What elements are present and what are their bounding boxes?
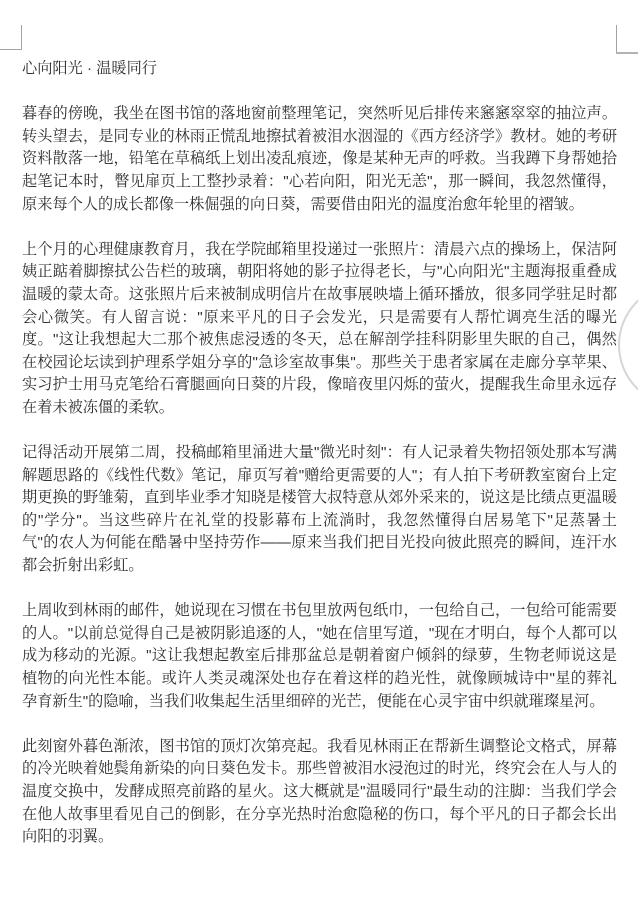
crop-mark-top-right-vertical [616, 25, 617, 53]
paragraph-4: 上周收到林雨的邮件，她说现在习惯在书包里放两包纸巾，一包给自己，一包给可能需要的… [22, 600, 617, 713]
crop-mark-top-left-vertical [21, 25, 22, 50]
document-body[interactable]: 心向阳光 · 温暖同行 暮春的傍晚，我坐在图书馆的落地窗前整理笔记，突然听见后排… [22, 58, 617, 849]
paragraph-3: 记得活动开展第二周，投稿邮箱里涌进大量"微光时刻"：有人记录着失物招领处那本写满… [22, 442, 617, 578]
document-title: 心向阳光 · 温暖同行 [22, 58, 617, 81]
paragraph-5: 此刻窗外暮色渐浓，图书馆的顶灯次第亮起。我看见林雨正在帮新生调整论文格式，屏幕的… [22, 736, 617, 849]
floating-button-edge-arc-icon[interactable] [618, 283, 638, 407]
paragraph-2: 上个月的心理健康教育月，我在学院邮箱里投递过一张照片：清晨六点的操场上，保洁阿姨… [22, 239, 617, 420]
crop-mark-top-right-horizontal [616, 52, 638, 54]
paragraph-1: 暮春的傍晚，我坐在图书馆的落地窗前整理笔记，突然听见后排传来窸窸窣窣的抽泣声。转… [22, 103, 617, 216]
document-page: 心向阳光 · 温暖同行 暮春的傍晚，我坐在图书馆的落地窗前整理笔记，突然听见后排… [0, 0, 638, 900]
crop-mark-top-left-horizontal [0, 49, 22, 50]
